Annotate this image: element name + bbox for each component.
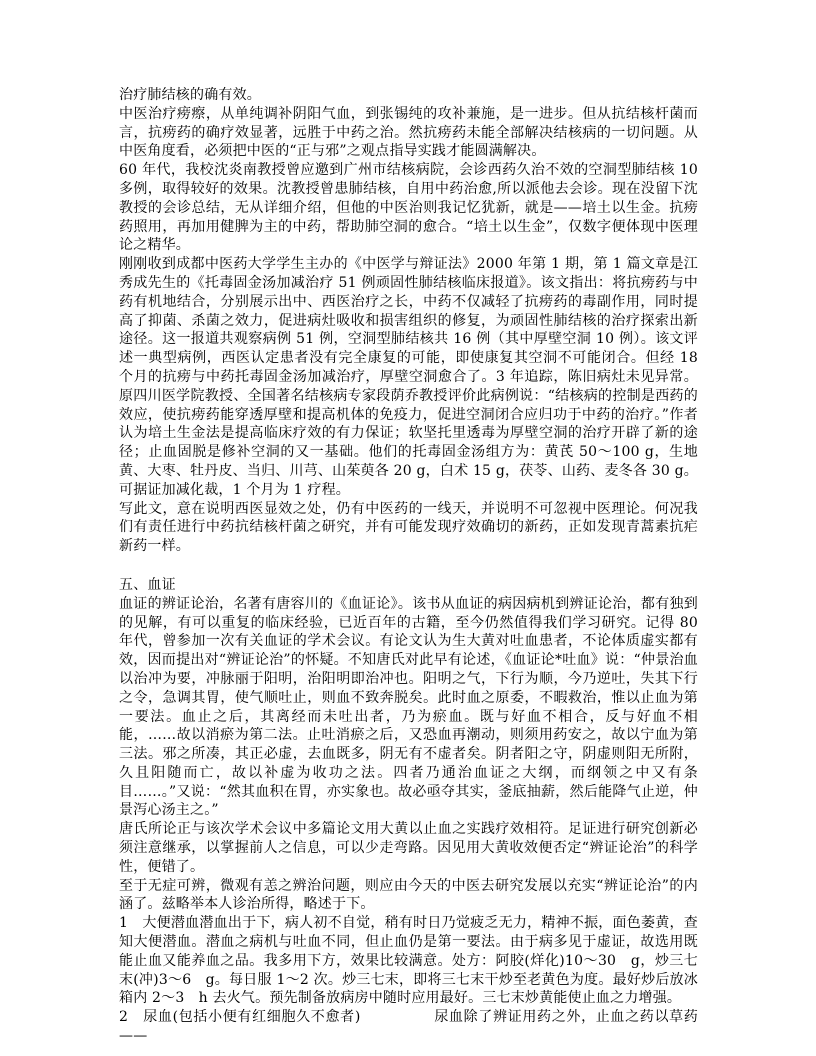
section-heading-blood-syndrome: 五、血证 [119, 576, 698, 595]
numbered-item-hematuria: 2 尿血(包括小便有红细胞久不愈者) 尿血除了辨证用药之外，止血之药以草药—— [119, 1008, 698, 1046]
paragraph-tb-journal-report: 刚刚收到成都中医药大学学生主办的《中医学与辩证法》2000 年第 1 期，第 1… [119, 255, 698, 499]
paragraph-tb-conclusion: 写此文，意在说明西医显效之处，仍有中医药的一线天，并说明不可忽视中医理论。何况我… [119, 500, 698, 556]
paragraph-tb-continuation: 治疗肺结核的确有效。 [119, 86, 698, 105]
paragraph-tb-shen-professor: 60 年代，我校沈炎南教授曾应邀到广州市结核病院，会诊西药久治不效的空洞型肺结核… [119, 161, 698, 255]
document-page: 治疗肺结核的确有效。 中医治疗痨瘵，从单纯调补阴阳气血，到张锡纯的攻补兼施，是一… [0, 0, 816, 1056]
numbered-item-fecal-occult-blood: 1 大便潜血潜血出于下，病人初不自觉，稍有时日乃觉疲乏无力，精神不振，面色萎黄，… [119, 914, 698, 1008]
paragraph-blood-conference: 唐氏所论正与该次学术会议中多篇论文用大黄以止血之实践疗效相符。足证进行研究创新必… [119, 820, 698, 876]
paragraph-blood-tangrongchuan: 血证的辨证论治，名著有唐容川的《血证论》。该书从血证的病因病机到辨证论治，都有独… [119, 595, 698, 821]
paragraph-blood-transition: 至于无症可辨，微观有恙之辨治问题，则应由今天的中医去研究发展以充实“辨证论治”的… [119, 877, 698, 915]
paragraph-tb-history: 中医治疗痨瘵，从单纯调补阴阳气血，到张锡纯的攻补兼施，是一进步。但从抗结核杆菌而… [119, 105, 698, 161]
page-text-block: 治疗肺结核的确有效。 中医治疗痨瘵，从单纯调补阴阳气血，到张锡纯的攻补兼施，是一… [119, 86, 698, 1046]
